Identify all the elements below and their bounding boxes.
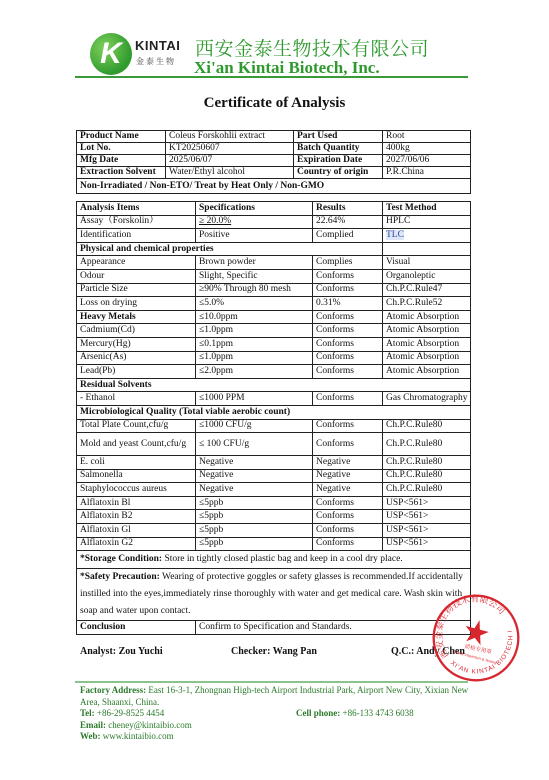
section-heading-micro: Microbiological Quality (Total viable ae… — [77, 405, 471, 419]
spec-cell: ≤5ppb — [196, 537, 313, 551]
method-cell: Atomic Absorption — [383, 365, 471, 379]
section-heading-physical: Physical and chemical properties — [77, 242, 383, 256]
storage-text: Store in tightly closed plastic bag and … — [162, 554, 403, 564]
table-row: Product NameColeus Forskohlii extractPar… — [77, 131, 471, 143]
storage-label: *Storage Condition: — [80, 554, 162, 564]
conclusion-row: Conclusion Confirm to Specification and … — [77, 621, 471, 635]
spec-cell: Negative — [196, 469, 313, 483]
company-name-english: Xi'an Kintai Biotech, Inc. — [194, 58, 380, 78]
table-row: E. coliNegativeNegativeCh.P.C.Rule80 — [77, 456, 471, 470]
result-cell: Conforms — [313, 433, 383, 456]
field-label: Country of origin — [294, 167, 383, 179]
result-cell: Conforms — [313, 351, 383, 365]
result-cell: 0.31% — [313, 297, 383, 311]
tel-value: +86-29-8525 4454 — [95, 708, 165, 718]
spec-cell: Slight, Specific — [196, 269, 313, 283]
section-row: Residual Solvents — [77, 378, 471, 392]
email-row: Email: cheney@kintaibio.com — [80, 720, 480, 732]
result-cell: Complies — [313, 256, 383, 270]
field-label: Batch Quantity — [294, 143, 383, 155]
spec-cell: ≥90% Through 80 mesh — [196, 283, 313, 297]
field-label: Expiration Date — [294, 155, 383, 167]
item-cell: Staphylococcus aureus — [77, 483, 196, 497]
method-cell: TLC — [383, 229, 471, 243]
method-cell: Atomic Absorption — [383, 351, 471, 365]
empty-cell — [383, 242, 471, 256]
cell-phone: Cell phone: +86-133 4743 6038 — [296, 708, 414, 720]
method-cell: Ch.P.C.Rule80 — [383, 419, 471, 433]
field-label: Mfg Date — [77, 155, 166, 167]
table-row: Staphylococcus aureusNegativeNegativeCh.… — [77, 483, 471, 497]
table-row: Particle Size≥90% Through 80 meshConform… — [77, 283, 471, 297]
field-value: Water/Ethyl alcohol — [166, 167, 294, 179]
logo-chinese-name: 金泰生物 — [136, 56, 176, 67]
item-cell: Heavy Metals — [77, 310, 196, 324]
item-cell: Particle Size — [77, 283, 196, 297]
method-cell: Visual — [383, 256, 471, 270]
table-row: Cadmium(Cd)≤1.0ppmConformsAtomic Absorpt… — [77, 324, 471, 338]
footer-contact: Factory Address: East 16-3-1, Zhongnan H… — [80, 685, 480, 743]
table-header-row: Analysis Items Specifications Results Te… — [77, 202, 471, 216]
address-label: Factory Address: — [80, 685, 146, 695]
table-row: Lot No.KT20250607Batch Quantity400kg — [77, 143, 471, 155]
table-row: Alflatoxin Gl≤5ppbConformsUSP<561> — [77, 524, 471, 538]
web-label: Web: — [80, 731, 101, 741]
result-cell: Conforms — [313, 324, 383, 338]
table-row: Arsenic(As)≤1.0ppmConformsAtomic Absorpt… — [77, 351, 471, 365]
table-row: Mercury(Hg)≤0.1ppmConformsAtomic Absorpt… — [77, 337, 471, 351]
table-row: SalmonellaNegativeNegativeCh.P.C.Rule80 — [77, 469, 471, 483]
item-cell: Mold and yeast Count,cfu/g — [77, 433, 196, 456]
field-label: Product Name — [77, 131, 166, 143]
web-link[interactable]: www.kintaibio.com — [101, 731, 174, 741]
checker-signature: Checker: Wang Pan — [231, 646, 317, 657]
header-cell: Specifications — [196, 202, 313, 216]
result-cell: Conforms — [313, 419, 383, 433]
factory-address: Factory Address: East 16-3-1, Zhongnan H… — [80, 685, 480, 708]
company-seal-stamp: 西安金泰生物技术有限公司 质检专用章 Quality Inspection & … — [430, 592, 522, 684]
table-row: Alflatoxin G2≤5ppbConformsUSP<561> — [77, 537, 471, 551]
item-cell: - Ethanol — [77, 392, 196, 406]
table-row: OdourSlight, SpecificConformsOrganolepti… — [77, 269, 471, 283]
item-cell: Alflatoxin Gl — [77, 524, 196, 538]
method-cell: Ch.P.C.Rule52 — [383, 297, 471, 311]
table-row: Loss on drying≤5.0%0.31%Ch.P.C.Rule52 — [77, 297, 471, 311]
item-cell: Mercury(Hg) — [77, 337, 196, 351]
conclusion-label: Conclusion — [77, 621, 196, 635]
email-link[interactable]: cheney@kintaibio.com — [106, 720, 192, 730]
method-cell: Gas Chromatography — [383, 392, 471, 406]
field-value: 400kg — [383, 143, 471, 155]
item-cell: Lead(Pb) — [77, 365, 196, 379]
header-cell: Analysis Items — [77, 202, 196, 216]
field-value: Coleus Forskohlii extract — [166, 131, 294, 143]
item-cell: Appearance — [77, 256, 196, 270]
field-label: Lot No. — [77, 143, 166, 155]
field-value: 2025/06/07 — [166, 155, 294, 167]
method-cell: Ch.P.C.Rule80 — [383, 433, 471, 456]
safety-precaution: *Safety Precaution: Wearing of protectiv… — [77, 569, 471, 621]
cell-label: Cell phone: — [296, 708, 340, 718]
item-cell: E. coli — [77, 456, 196, 470]
spec-cell: ≤1000 PPM — [196, 392, 313, 406]
result-cell: Negative — [313, 456, 383, 470]
table-row: - Ethanol ≤1000 PPM Conforms Gas Chromat… — [77, 392, 471, 406]
result-cell: Conforms — [313, 524, 383, 538]
cell-value: +86-133 4743 6038 — [340, 708, 413, 718]
result-cell: 22.64% — [313, 215, 383, 229]
spec-cell: ≤5.0% — [196, 297, 313, 311]
item-cell: Total Plate Count,cfu/g — [77, 419, 196, 433]
item-cell: Arsenic(As) — [77, 351, 196, 365]
tlc-highlight: TLC — [386, 230, 404, 240]
item-cell: Loss on drying — [77, 297, 196, 311]
product-info-table: Product NameColeus Forskohlii extractPar… — [76, 130, 471, 194]
result-cell: Conforms — [313, 269, 383, 283]
storage-condition: *Storage Condition: Store in tightly clo… — [77, 551, 471, 569]
method-cell: Ch.P.C.Rule80 — [383, 483, 471, 497]
spec-cell: ≤1.0ppm — [196, 351, 313, 365]
method-cell: Ch.P.C.Rule80 — [383, 456, 471, 470]
spec-cell: Negative — [196, 483, 313, 497]
method-cell: Ch.P.C.Rule47 — [383, 283, 471, 297]
spec-cell: ≤ 100 CFU/g — [196, 433, 313, 456]
method-cell: HPLC — [383, 215, 471, 229]
table-row: Total Plate Count,cfu/g ≤1000 CFU/g Conf… — [77, 419, 471, 433]
field-value: Root — [383, 131, 471, 143]
header-divider — [75, 76, 468, 78]
table-row: Mold and yeast Count,cfu/g ≤ 100 CFU/g C… — [77, 433, 471, 456]
section-row: Physical and chemical properties — [77, 242, 471, 256]
phone-row: Tel: +86-29-8525 4454 Cell phone: +86-13… — [80, 708, 480, 720]
table-row: Assay（Forskolin） ≥ 20.0% 22.64% HPLC — [77, 215, 471, 229]
header-cell: Results — [313, 202, 383, 216]
result-cell: Negative — [313, 483, 383, 497]
method-cell: Atomic Absorption — [383, 337, 471, 351]
footer-divider — [75, 681, 468, 683]
method-cell: Atomic Absorption — [383, 324, 471, 338]
result-cell: Conforms — [313, 283, 383, 297]
method-cell: USP<561> — [383, 496, 471, 510]
spec-cell: ≤10.0ppm — [196, 310, 313, 324]
spec-cell: Brown powder — [196, 256, 313, 270]
table-row: Extraction SolventWater/Ethyl alcoholCou… — [77, 167, 471, 179]
method-cell: Atomic Absorption — [383, 310, 471, 324]
field-label: Part Used — [294, 131, 383, 143]
section-heading-solvents: Residual Solvents — [77, 378, 471, 392]
spec-cell: ≤1.0ppm — [196, 324, 313, 338]
spec-cell: ≥ 20.0% — [196, 215, 313, 229]
analysis-table: Analysis Items Specifications Results Te… — [76, 201, 471, 635]
method-cell: Ch.P.C.Rule80 — [383, 469, 471, 483]
result-cell: Conforms — [313, 365, 383, 379]
table-row: Alflatoxin B2≤5ppbConformsUSP<561> — [77, 510, 471, 524]
result-cell: Conforms — [313, 337, 383, 351]
email-label: Email: — [80, 720, 106, 730]
item-cell: Alflatoxin Bl — [77, 496, 196, 510]
field-value: P.R.China — [383, 167, 471, 179]
spec-cell: ≤0.1ppm — [196, 337, 313, 351]
company-name-chinese: 西安金泰生物技术有限公司 — [195, 34, 429, 61]
item-cell: Assay（Forskolin） — [77, 215, 196, 229]
tel-label: Tel: — [80, 708, 95, 718]
logo-k-icon: K — [90, 33, 132, 75]
web-row: Web: www.kintaibio.com — [80, 731, 480, 743]
company-logo: K KINTAI 金泰生物 — [88, 30, 184, 78]
spec-cell: ≤5ppb — [196, 510, 313, 524]
table-row: Alflatoxin Bl≤5ppbConformsUSP<561> — [77, 496, 471, 510]
spec-cell: Positive — [196, 229, 313, 243]
safety-label: *Safety Precaution: — [80, 572, 160, 582]
item-cell: Alflatoxin B2 — [77, 510, 196, 524]
result-cell: Conforms — [313, 496, 383, 510]
spec-cell: ≤2.0ppm — [196, 365, 313, 379]
table-row: Mfg Date2025/06/07Expiration Date2027/06… — [77, 155, 471, 167]
spec-cell: Negative — [196, 456, 313, 470]
analyst-signature: Analyst: Zou Yuchi — [80, 646, 163, 657]
method-cell: Organoleptic — [383, 269, 471, 283]
section-row: Microbiological Quality (Total viable ae… — [77, 405, 471, 419]
result-cell: Conforms — [313, 537, 383, 551]
result-cell: Conforms — [313, 392, 383, 406]
result-cell: Conforms — [313, 310, 383, 324]
field-value: 2027/06/06 — [383, 155, 471, 167]
result-cell: Negative — [313, 469, 383, 483]
result-cell: Complied — [313, 229, 383, 243]
table-row: Heavy Metals ≤10.0ppm Conforms Atomic Ab… — [77, 310, 471, 324]
header-cell: Test Method — [383, 202, 471, 216]
safety-row: *Safety Precaution: Wearing of protectiv… — [77, 569, 471, 621]
claims-row: Non-Irradiated / Non-ETO/ Treat by Heat … — [77, 179, 471, 194]
result-cell: Conforms — [313, 510, 383, 524]
spec-cell: ≤1000 CFU/g — [196, 419, 313, 433]
table-row: Identification Positive Complied TLC — [77, 229, 471, 243]
item-cell: Identification — [77, 229, 196, 243]
item-cell: Alflatoxin G2 — [77, 537, 196, 551]
table-row: Lead(Pb)≤2.0ppmConformsAtomic Absorption — [77, 365, 471, 379]
item-cell: Cadmium(Cd) — [77, 324, 196, 338]
field-label: Extraction Solvent — [77, 167, 166, 179]
field-value: KT20250607 — [166, 143, 294, 155]
storage-row: *Storage Condition: Store in tightly clo… — [77, 551, 471, 569]
item-cell: Salmonella — [77, 469, 196, 483]
logo-wordmark: KINTAI — [135, 38, 180, 53]
product-claims: Non-Irradiated / Non-ETO/ Treat by Heat … — [77, 179, 471, 194]
stamp-star-icon — [462, 617, 491, 646]
spec-cell: ≤5ppb — [196, 496, 313, 510]
item-cell: Odour — [77, 269, 196, 283]
table-row: AppearanceBrown powderCompliesVisual — [77, 256, 471, 270]
method-cell: USP<561> — [383, 524, 471, 538]
document-title: Certificate of Analysis — [0, 95, 549, 112]
method-cell: USP<561> — [383, 537, 471, 551]
method-cell: USP<561> — [383, 510, 471, 524]
spec-cell: ≤5ppb — [196, 524, 313, 538]
